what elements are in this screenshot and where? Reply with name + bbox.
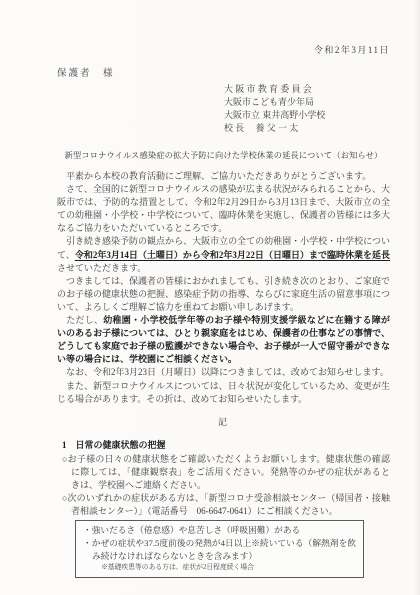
paragraph-text: なお、令和2年3月23日（月曜日）以降につきましては、改めてお知らせします。 <box>57 367 389 377</box>
sender-principal: 校 長 養 父 一 太 <box>224 122 336 135</box>
sender-bureau: 大阪市こども青少年局 <box>224 96 336 109</box>
paragraph-text: ただし、 <box>57 315 103 325</box>
bullet-text: ○次のいずれかの症状がある方は、「新型コロナ受診相談センター（帰国者・接触者相談… <box>62 493 390 516</box>
document-date: 令和2年3月11日 <box>57 44 390 56</box>
section-heading: 1 日常の健康状態の把握 <box>62 438 390 451</box>
sender-organization: 大 阪 市 教 育 委 員 会 <box>224 83 336 96</box>
addressee: 保護者 様 <box>57 65 390 79</box>
sender-school: 大阪市立 東井高野小学校 <box>224 109 336 122</box>
paragraph-changes-notice: また、新型コロナウイルスについては、日々状況が変化しているため、変更が生じる場合… <box>57 380 390 406</box>
paragraph-text: また、新型コロナウイルスについては、日々状況が変化しているため、変更が生じる場合… <box>57 381 390 404</box>
symptom-item-fever: ・かぜの症状や37.5度前後の発熱が4日以上※続いている（解熱剤を飲み続けなけれ… <box>83 537 356 563</box>
symptom-footnote: ※基礎疾患等のある方は、症状が2日程度続く場合 <box>83 563 356 573</box>
paragraph-closure-extension: 引き続き感染予防の観点から、大阪市立の全ての幼稚園・小学校・中学校について、令和… <box>57 235 390 274</box>
section-health-status: 1 日常の健康状態の把握 ○お子様の日々の健康状態をご確認いただくようお願いしま… <box>57 438 390 578</box>
symptom-text: ・かぜの症状や37.5度前後の発熱が4日以上※続いている（解熱剤を飲み続けなけれ… <box>83 538 356 561</box>
paragraph-exception: ただし、幼稚園・小学校低学年等のお子様や特別支援学級などに在籍する障がいのあるお… <box>57 314 390 366</box>
paragraph-text: 平素から本校の教育活動にご理解、ご協力いただきありがとうございます。 <box>57 171 371 181</box>
paragraph-text: つきましては、保護者の皆様におかれましても、引き続き次のとおり、ご家庭でのお子様… <box>57 276 390 312</box>
symptom-text: ・強いだるさ（倦怠感）や息苦しさ（呼吸困難）がある <box>83 525 300 535</box>
section-bullets: ○お子様の日々の健康状態をご確認いただくようお願いします。健康状態の確認に際して… <box>62 453 390 578</box>
footnote-text: ※基礎疾患等のある方は、症状が2日程度続く場合 <box>101 564 254 571</box>
closure-period-emphasis: 令和2年3月14日（土曜日）から令和2年3月22日（日曜日）まで臨時休業を延長 <box>75 250 390 260</box>
bullet-text: ○お子様の日々の健康状態をご確認いただくようお願いします。健康状態の確認に際して… <box>62 454 390 490</box>
document-title: 新型コロナウイルス感染症の拡大予防に向けた学校休業の延長について（お知らせ） <box>57 150 390 161</box>
paragraph-request: つきましては、保護者の皆様におかれましても、引き続き次のとおり、ご家庭でのお子様… <box>57 275 390 314</box>
sender-block: 大 阪 市 教 育 委 員 会 大阪市こども青少年局 大阪市立 東井高野小学校 … <box>224 83 336 135</box>
paragraph-future-notice: なお、令和2年3月23日（月曜日）以降につきましては、改めてお知らせします。 <box>57 366 390 379</box>
letter-body: 平素から本校の教育活動にご理解、ご協力いただきありがとうございます。 さて、全国… <box>57 170 390 406</box>
paragraph-greeting: 平素から本校の教育活動にご理解、ご協力いただきありがとうございます。 <box>57 170 390 183</box>
paragraph-background: さて、全国的に新型コロナウイルスの感染が広まる状況がみられることから、大阪市では… <box>57 183 390 235</box>
record-marker: 記 <box>57 415 390 428</box>
paragraph-text: さて、全国的に新型コロナウイルスの感染が広まる状況がみられることから、大阪市では… <box>57 184 390 233</box>
bullet-consultation-center: ○次のいずれかの症状がある方は、「新型コロナ受診相談センター（帰国者・接触者相談… <box>62 492 390 518</box>
bullet-daily-health-check: ○お子様の日々の健康状態をご確認いただくようお願いします。健康状態の確認に際して… <box>62 453 390 492</box>
scanned-letter-page: 令和2年3月11日 保護者 様 大 阪 市 教 育 委 員 会 大阪市こども青少… <box>0 0 420 595</box>
symptom-item-fatigue: ・強いだるさ（倦怠感）や息苦しさ（呼吸困難）がある <box>83 524 356 537</box>
symptom-criteria-box: ・強いだるさ（倦怠感）や息苦しさ（呼吸困難）がある ・かぜの症状や37.5度前後… <box>75 520 364 578</box>
exception-emphasis: 幼稚園・小学校低学年等のお子様や特別支援学級などに在籍する障がいのあるお子様につ… <box>57 315 390 364</box>
paragraph-text: させていただきます。 <box>57 263 146 273</box>
